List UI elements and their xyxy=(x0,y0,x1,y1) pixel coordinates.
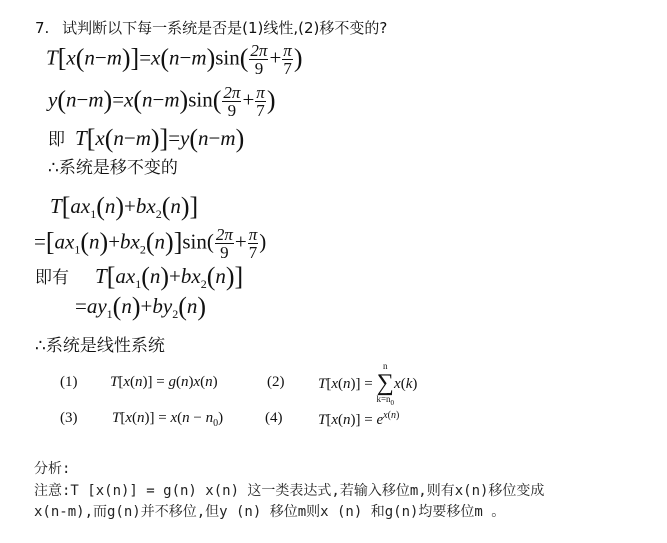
system-3-label: (3) xyxy=(60,410,78,427)
eq-shift-1: T[x(n−m)]=x(n−m)sin(2π9+π7) xyxy=(46,42,303,77)
analysis-line-2: x(n-m),而g(n)并不移位,但y (n) 移位m则x (n) 和g(n)均… xyxy=(34,501,505,521)
eq-linear-4: =ay1(n)+by2(n) xyxy=(75,292,206,322)
question-title: 7. 试判断以下每一系统是否是(1)线性,(2)移不变的? xyxy=(35,17,387,38)
system-1-expr: T[x(n)] = g(n)x(n) xyxy=(110,374,218,391)
shift-conclusion: ∴系统是移不变的 xyxy=(48,153,178,178)
eq-shift-2: y(n−m)=x(n−m)sin(2π9+π7) xyxy=(48,84,275,119)
system-4-label: (4) xyxy=(265,410,283,427)
question-text: 试判断以下每一系统是否是(1)线性,(2)移不变的? xyxy=(62,19,387,37)
linear-conclusion: ∴系统是线性系统 xyxy=(35,331,165,356)
analysis-line-1: 注意:T [x(n)] = g(n) x(n) 这一类表达式,若输入移位m,则有… xyxy=(34,480,544,500)
system-3-expr: T[x(n)] = x(n − n0) xyxy=(112,410,223,429)
system-4-expr: T[x(n)] = ex(n) xyxy=(318,410,399,429)
question-number: 7. xyxy=(35,19,49,37)
system-1-label: (1) xyxy=(60,374,78,391)
system-2-expr: T[x(n)] = n∑k=n0x(k) xyxy=(318,362,417,407)
eq-shift-3: 即 T[x(n−m)]=y(n−m) xyxy=(48,124,244,154)
analysis-heading: 分析: xyxy=(34,458,70,478)
eq-linear-3: 即有 T[ax1(n)+bx2(n)] xyxy=(35,262,243,292)
eq-linear-2: =[ax1(n)+bx2(n)]sin(2π9+π7) xyxy=(34,226,266,261)
system-2-label: (2) xyxy=(267,374,285,391)
eq-linear-1: T[ax1(n)+bx2(n)] xyxy=(50,192,198,222)
summation-icon: n∑k=n0 xyxy=(376,362,394,407)
